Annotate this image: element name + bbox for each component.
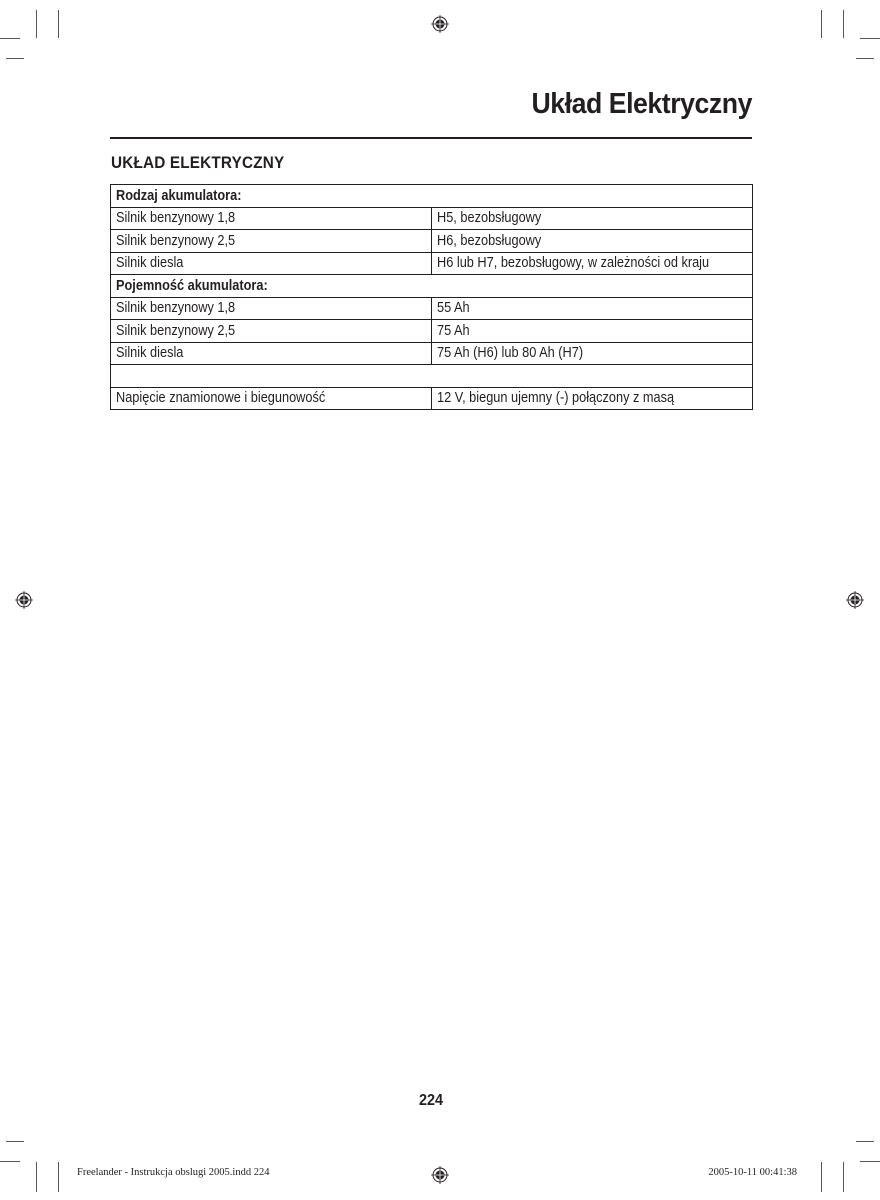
section-label: Pojemność akumulatora:	[111, 275, 753, 298]
battery-spec-table: Rodzaj akumulatora:Silnik benzynowy 1,8H…	[110, 184, 753, 410]
table-row: Napięcie znamionowe i biegunowość12 V, b…	[111, 387, 753, 410]
crop-mark	[821, 10, 822, 38]
crop-mark	[856, 58, 874, 59]
crop-mark	[856, 1141, 874, 1142]
crop-mark	[0, 1161, 20, 1162]
page-title: Układ Elektryczny	[161, 88, 752, 121]
spec-label: Silnik diesla	[111, 342, 432, 365]
crop-mark	[6, 1141, 24, 1142]
crop-mark	[58, 1162, 59, 1192]
crop-mark	[36, 10, 37, 38]
footer-file-info: Freelander - Instrukcja obslugi 2005.ind…	[77, 1167, 269, 1178]
crop-mark	[6, 58, 24, 59]
spec-label-text: Napięcie znamionowe i biegunowość	[116, 390, 325, 406]
spec-value-text: 55 Ah	[437, 300, 470, 316]
page-number: 224	[43, 1092, 819, 1110]
registration-mark-icon	[14, 590, 34, 610]
spec-value: 75 Ah (H6) lub 80 Ah (H7)	[432, 342, 753, 365]
spec-value: 12 V, biegun ujemny (-) połączony z masą	[432, 387, 753, 410]
table-row: Silnik benzynowy 2,5H6, bezobsługowy	[111, 230, 753, 253]
spec-label: Silnik diesla	[111, 252, 432, 275]
table-section-header	[111, 365, 753, 388]
table-row: Silnik benzynowy 1,8H5, bezobsługowy	[111, 207, 753, 230]
spec-label: Silnik benzynowy 1,8	[111, 297, 432, 320]
table-row: Silnik benzynowy 2,575 Ah	[111, 320, 753, 343]
table-row: Silnik diesla75 Ah (H6) lub 80 Ah (H7)	[111, 342, 753, 365]
spec-label-text: Silnik benzynowy 2,5	[116, 233, 235, 249]
spec-label: Napięcie znamionowe i biegunowość	[111, 387, 432, 410]
spec-value: H6, bezobsługowy	[432, 230, 753, 253]
title-rule	[110, 137, 752, 139]
crop-mark	[860, 1161, 880, 1162]
crop-mark	[58, 10, 59, 38]
table-section-header: Pojemność akumulatora:	[111, 275, 753, 298]
registration-mark-icon	[430, 14, 450, 34]
spec-value-text: H6 lub H7, bezobsługowy, w zależności od…	[437, 255, 709, 271]
crop-mark	[843, 10, 844, 38]
spec-label: Silnik benzynowy 2,5	[111, 320, 432, 343]
spec-label-text: Silnik benzynowy 1,8	[116, 300, 235, 316]
registration-mark-icon	[845, 590, 865, 610]
spec-label-text: Silnik benzynowy 1,8	[116, 210, 235, 226]
crop-mark	[860, 38, 880, 39]
spec-label-text: Silnik diesla	[116, 345, 183, 361]
spec-value-text: H6, bezobsługowy	[437, 233, 541, 249]
spec-value-text: 12 V, biegun ujemny (-) połączony z masą	[437, 390, 674, 406]
table-row: Silnik benzynowy 1,855 Ah	[111, 297, 753, 320]
table-section-header: Rodzaj akumulatora:	[111, 185, 753, 208]
spec-value: H5, bezobsługowy	[432, 207, 753, 230]
spec-value: 75 Ah	[432, 320, 753, 343]
spec-value-text: 75 Ah (H6) lub 80 Ah (H7)	[437, 345, 583, 361]
registration-mark-icon	[430, 1165, 450, 1185]
spec-label-text: Silnik benzynowy 2,5	[116, 323, 235, 339]
spec-value-text: 75 Ah	[437, 323, 470, 339]
crop-mark	[0, 38, 20, 39]
spec-label: Silnik benzynowy 2,5	[111, 230, 432, 253]
section-heading: UKŁAD ELEKTRYCZNY	[111, 153, 284, 173]
section-label	[111, 365, 753, 388]
spec-value: 55 Ah	[432, 297, 753, 320]
crop-mark	[36, 1162, 37, 1192]
section-label: Rodzaj akumulatora:	[111, 185, 753, 208]
crop-mark	[821, 1162, 822, 1192]
table-row: Silnik dieslaH6 lub H7, bezobsługowy, w …	[111, 252, 753, 275]
section-label-text: Rodzaj akumulatora:	[116, 188, 241, 204]
spec-value: H6 lub H7, bezobsługowy, w zależności od…	[432, 252, 753, 275]
spec-label-text: Silnik diesla	[116, 255, 183, 271]
spec-label: Silnik benzynowy 1,8	[111, 207, 432, 230]
section-label-text: Pojemność akumulatora:	[116, 278, 268, 294]
crop-mark	[843, 1162, 844, 1192]
footer-timestamp: 2005-10-11 00:41:38	[708, 1167, 797, 1178]
spec-value-text: H5, bezobsługowy	[437, 210, 541, 226]
